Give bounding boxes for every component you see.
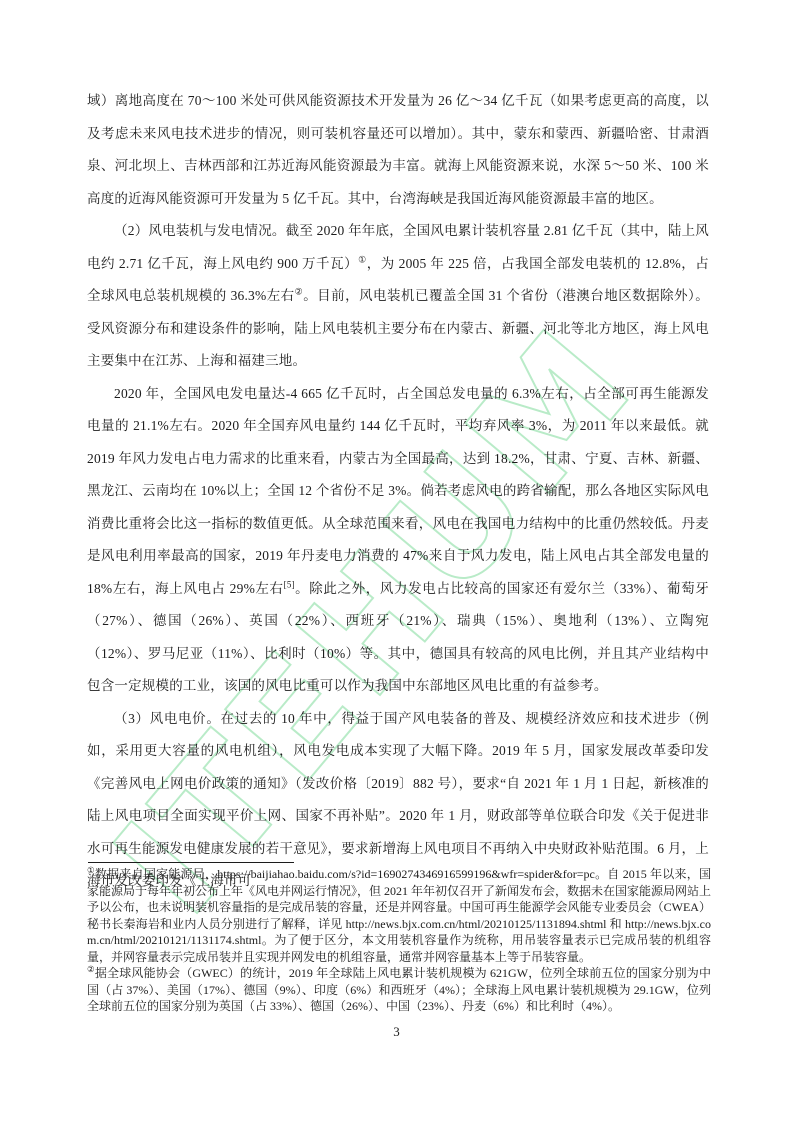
footnote-2-marker: ② [87, 964, 95, 974]
footnote-ref-2: ② [295, 287, 304, 297]
text-run: 。除此之外，风力发电占比较高的国家还有爱尔兰（33%）、葡萄牙（27%）、德国（… [87, 581, 709, 694]
text-run: 域）离地高度在 70～100 米处可供风能资源技术开发量为 26 亿～34 亿千… [87, 93, 709, 206]
footnote-separator [88, 862, 294, 863]
footnote-ref-1: ① [358, 254, 367, 264]
footnotes: ①数据来自国家能源局，https://baijiahao.baidu.com/s… [87, 866, 711, 1015]
citation-ref-5: [5] [284, 579, 295, 589]
footnote-1-marker: ① [87, 865, 95, 875]
text-run: 2020 年，全国风电发电量达-4 665 亿千瓦时，占全国总发电量的 6.3%… [87, 386, 709, 596]
footnote-2: ②据全球风能协会（GWEC）的统计，2019 年全球陆上风电累计装机规模为 62… [87, 965, 711, 1015]
paragraph-installed-capacity: （2）风电装机与发电情况。截至 2020 年年底，全国风电累计装机容量 2.81… [87, 215, 709, 378]
paragraph-wind-resource: 域）离地高度在 70～100 米处可供风能资源技术开发量为 26 亿～34 亿千… [87, 85, 709, 215]
page-number: 3 [0, 1024, 793, 1040]
paragraph-generation-2020: 2020 年，全国风电发电量达-4 665 亿千瓦时，占全国总发电量的 6.3%… [87, 378, 709, 703]
footnote-1-text: 数据来自国家能源局，https://baijiahao.baidu.com/s?… [87, 867, 711, 964]
footnote-2-text: 据全球风能协会（GWEC）的统计，2019 年全球陆上风电累计装机规模为 621… [87, 966, 711, 1013]
document-page: ITEHUM 域）离地高度在 70～100 米处可供风能资源技术开发量为 26 … [0, 0, 793, 1122]
body-text: 域）离地高度在 70～100 米处可供风能资源技术开发量为 26 亿～34 亿千… [87, 85, 709, 898]
footnote-1: ①数据来自国家能源局，https://baijiahao.baidu.com/s… [87, 866, 711, 965]
